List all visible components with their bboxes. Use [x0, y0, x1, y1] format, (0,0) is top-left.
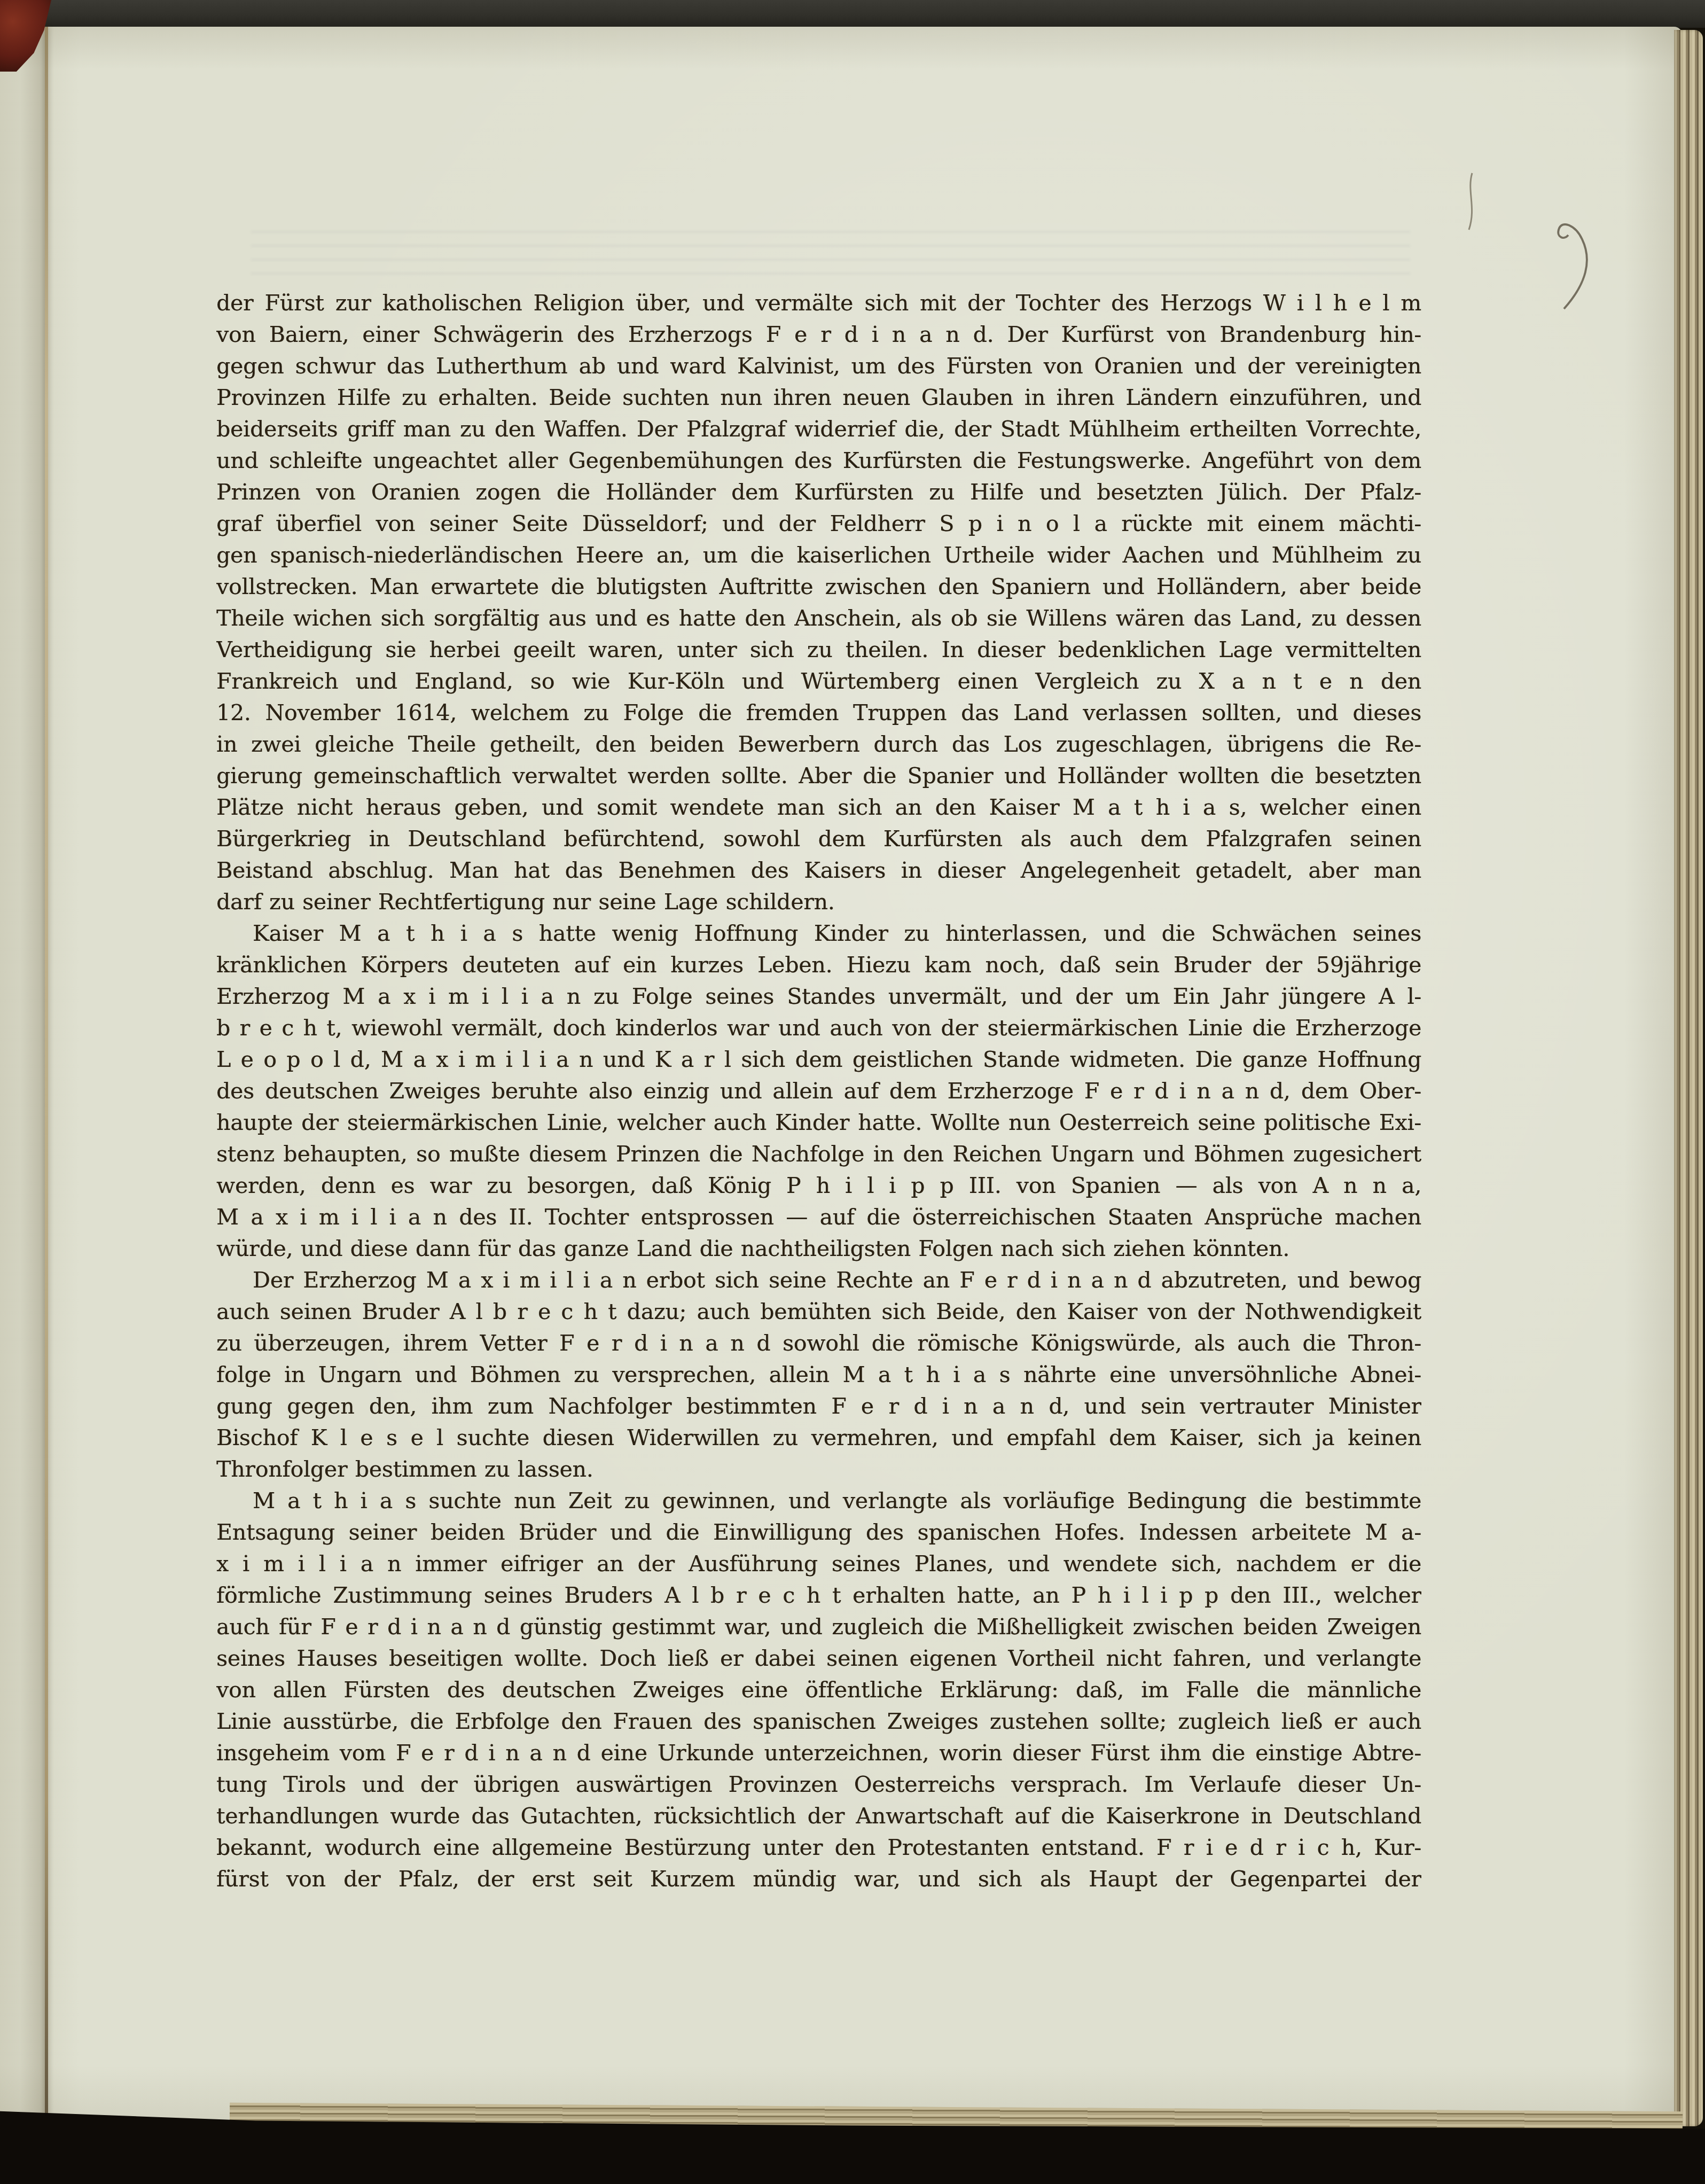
fiber-hair	[1456, 170, 1488, 234]
text-line: Der Erzherzog M a x i m i l i a n erbot …	[216, 1265, 1421, 1296]
text-line: Bürgerkrieg in Deutschland befürchtend, …	[216, 823, 1421, 855]
text-line: Vertheidigung sie herbei geeilt waren, u…	[216, 634, 1421, 666]
text-line: folge in Ungarn und Böhmen zu verspreche…	[216, 1359, 1421, 1391]
text-line: beiderseits griff man zu den Waffen. Der…	[216, 414, 1421, 445]
text-line: Bischof K l e s e l suchte diesen Widerw…	[216, 1422, 1421, 1454]
paragraph: M a t h i a s suchte nun Zeit zu gewinne…	[216, 1485, 1421, 1895]
text-line: 12. November 1614, welchem zu Folge die …	[216, 697, 1421, 729]
text-line: haupte der steiermärkischen Linie, welch…	[216, 1107, 1421, 1138]
text-line: b r e c h t, wiewohl vermält, doch kinde…	[216, 1012, 1421, 1044]
text-line: würde, und diese dann für das ganze Land…	[216, 1233, 1421, 1265]
text-line: M a x i m i l i a n des II. Tochter ents…	[216, 1202, 1421, 1233]
fiber-curl	[1554, 208, 1618, 315]
text-line: fürst von der Pfalz, der erst seit Kurze…	[216, 1863, 1421, 1895]
text-line: Theile wichen sich sorgfältig aus und es…	[216, 603, 1421, 634]
text-line: der Fürst zur katholischen Religion über…	[216, 287, 1421, 319]
text-line: Provinzen Hilfe zu erhalten. Beide sucht…	[216, 382, 1421, 414]
text-line: tung Tirols und der übrigen auswärtigen …	[216, 1769, 1421, 1800]
text-line: seines Hauses beseitigen wollte. Doch li…	[216, 1643, 1421, 1674]
page-stack-fore-edge	[1674, 30, 1703, 2126]
text-line: stenz behaupten, so mußte diesem Prinzen…	[216, 1138, 1421, 1170]
text-line: terhandlungen wurde das Gutachten, rücks…	[216, 1800, 1421, 1832]
text-line: von Baiern, einer Schwägerin des Erzherz…	[216, 319, 1421, 350]
text-line: vollstrecken. Man erwartete die blutigst…	[216, 571, 1421, 603]
paragraph: der Fürst zur katholischen Religion über…	[216, 287, 1421, 918]
text-line: Beistand abschlug. Man hat das Benehmen …	[216, 855, 1421, 886]
text-line: Linie ausstürbe, die Erbfolge den Frauen…	[216, 1706, 1421, 1737]
gutter-crease	[45, 27, 48, 2116]
text-line: kränklichen Körpers deuteten auf ein kur…	[216, 949, 1421, 981]
text-line: und schleifte ungeachtet aller Gegenbemü…	[216, 445, 1421, 477]
text-line: L e o p o l d, M a x i m i l i a n und K…	[216, 1044, 1421, 1075]
text-line: Thronfolger bestimmen zu lassen.	[216, 1454, 1421, 1485]
text-line: Erzherzog M a x i m i l i a n zu Folge s…	[216, 981, 1421, 1012]
text-line: des deutschen Zweiges beruhte also einzi…	[216, 1075, 1421, 1107]
text-line: M a t h i a s suchte nun Zeit zu gewinne…	[216, 1485, 1421, 1517]
paragraph: Kaiser M a t h i a s hatte wenig Hoffnun…	[216, 918, 1421, 1265]
text-line: zu überzeugen, ihrem Vetter F e r d i n …	[216, 1328, 1421, 1359]
page-text: der Fürst zur katholischen Religion über…	[216, 287, 1421, 1895]
text-line: Prinzen von Oranien zogen die Holländer …	[216, 477, 1421, 508]
text-line: gierung gemeinschaftlich verwaltet werde…	[216, 760, 1421, 792]
text-line: Plätze nicht heraus geben, und somit wen…	[216, 792, 1421, 823]
text-line: x i m i l i a n immer eifriger an der Au…	[216, 1548, 1421, 1580]
scanned-book-page: der Fürst zur katholischen Religion über…	[0, 0, 1705, 2184]
text-line: gung gegen den, ihm zum Nachfolger besti…	[216, 1391, 1421, 1422]
ink-show-through	[251, 231, 1410, 282]
text-line: gegen schwur das Lutherthum ab und ward …	[216, 350, 1421, 382]
book-cover-top-edge	[0, 0, 1705, 28]
text-line: förmliche Zustimmung seines Bruders A l …	[216, 1580, 1421, 1611]
text-line: von allen Fürsten des deutschen Zweiges …	[216, 1674, 1421, 1706]
text-line: auch seinen Bruder A l b r e c h t dazu;…	[216, 1296, 1421, 1328]
text-line: auch für F e r d i n a n d günstig gesti…	[216, 1611, 1421, 1643]
text-line: insgeheim vom F e r d i n a n d eine Urk…	[216, 1737, 1421, 1769]
gutter-shadow	[0, 27, 45, 2130]
text-line: Frankreich und England, so wie Kur-Köln …	[216, 666, 1421, 697]
text-line: gen spanisch-niederländischen Heere an, …	[216, 540, 1421, 571]
text-line: werden, denn es war zu besorgen, daß Kön…	[216, 1170, 1421, 1202]
text-line: Kaiser M a t h i a s hatte wenig Hoffnun…	[216, 918, 1421, 949]
text-line: darf zu seiner Rechtfertigung nur seine …	[216, 886, 1421, 918]
paragraph: Der Erzherzog M a x i m i l i a n erbot …	[216, 1265, 1421, 1485]
text-line: in zwei gleiche Theile getheilt, den bei…	[216, 729, 1421, 760]
text-line: bekannt, wodurch eine allgemeine Bestürz…	[216, 1832, 1421, 1863]
text-line: Entsagung seiner beiden Brüder und die E…	[216, 1517, 1421, 1548]
text-line: graf überfiel von seiner Seite Düsseldor…	[216, 508, 1421, 540]
